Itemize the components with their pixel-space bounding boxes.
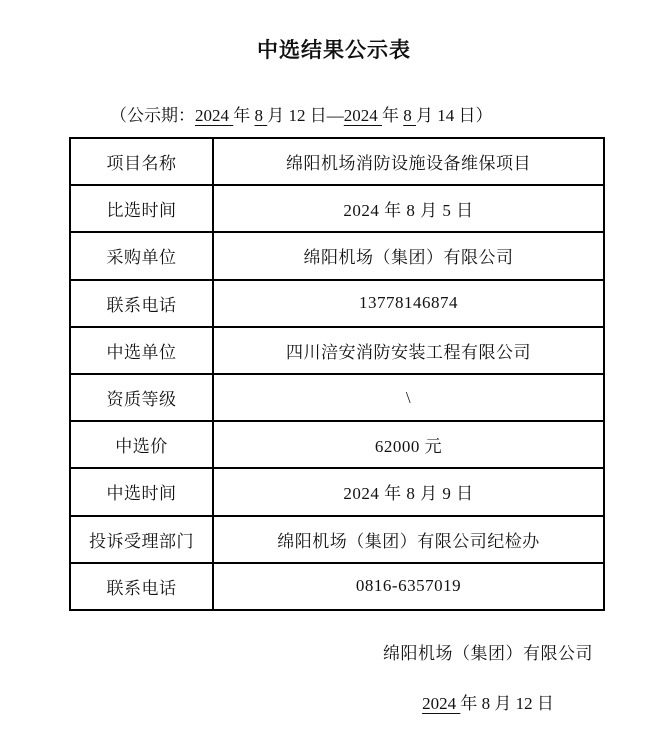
text-segment: 年	[382, 106, 403, 125]
table-row: 联系电话0816-6357019	[70, 563, 604, 610]
underlined-text-segment: 2024	[195, 106, 233, 125]
row-value: 13778146874	[213, 280, 604, 327]
text-segment: 月 12 日—	[267, 106, 344, 125]
row-label: 中选时间	[70, 468, 213, 515]
row-label: 资质等级	[70, 374, 213, 421]
row-value: 绵阳机场（集团）有限公司纪检办	[213, 516, 604, 563]
table-row: 资质等级\	[70, 374, 604, 421]
table-row: 中选时间2024 年 8 月 9 日	[70, 468, 604, 515]
text-segment: 年 8 月 12 日	[460, 694, 554, 713]
row-value: 62000 元	[213, 421, 604, 468]
document-page: 中选结果公示表 （公示期：2024 年 8 月 12 日—2024 年 8 月 …	[0, 0, 668, 747]
row-value: \	[213, 374, 604, 421]
text-segment: （公示期：	[110, 106, 195, 125]
row-label: 项目名称	[70, 138, 213, 185]
row-label: 投诉受理部门	[70, 516, 213, 563]
row-value: 四川涪安消防安装工程有限公司	[213, 327, 604, 374]
row-value: 绵阳机场消防设施设备维保项目	[213, 138, 604, 185]
table-row: 比选时间2024 年 8 月 5 日	[70, 185, 604, 232]
underlined-text-segment: 8	[255, 106, 268, 125]
result-table-body: 项目名称绵阳机场消防设施设备维保项目比选时间2024 年 8 月 5 日采购单位…	[70, 138, 604, 610]
table-row: 采购单位绵阳机场（集团）有限公司	[70, 232, 604, 279]
row-label: 联系电话	[70, 563, 213, 610]
row-label: 比选时间	[70, 185, 213, 232]
underlined-text-segment: 8	[403, 106, 416, 125]
row-label: 中选价	[70, 421, 213, 468]
page-title: 中选结果公示表	[0, 34, 668, 64]
text-segment: 月 14 日）	[416, 106, 493, 125]
row-label: 联系电话	[70, 280, 213, 327]
row-label: 中选单位	[70, 327, 213, 374]
table-row: 中选单位四川涪安消防安装工程有限公司	[70, 327, 604, 374]
signature-block: 绵阳机场（集团）有限公司 2024 年 8 月 12 日	[383, 643, 593, 715]
row-value: 2024 年 8 月 9 日	[213, 468, 604, 515]
issuer-name: 绵阳机场（集团）有限公司	[383, 643, 593, 665]
table-row: 投诉受理部门绵阳机场（集团）有限公司纪检办	[70, 516, 604, 563]
row-value: 绵阳机场（集团）有限公司	[213, 232, 604, 279]
underlined-text-segment: 2024	[344, 106, 382, 125]
row-value: 2024 年 8 月 5 日	[213, 185, 604, 232]
text-segment: 年	[233, 106, 254, 125]
table-row: 联系电话13778146874	[70, 280, 604, 327]
result-table: 项目名称绵阳机场消防设施设备维保项目比选时间2024 年 8 月 5 日采购单位…	[69, 137, 605, 611]
table-row: 项目名称绵阳机场消防设施设备维保项目	[70, 138, 604, 185]
row-value: 0816-6357019	[213, 563, 604, 610]
notice-period-line: （公示期：2024 年 8 月 12 日—2024 年 8 月 14 日）	[110, 103, 493, 129]
issue-date: 2024 年 8 月 12 日	[383, 693, 593, 715]
underlined-text-segment: 2024	[422, 694, 460, 713]
row-label: 采购单位	[70, 232, 213, 279]
table-row: 中选价62000 元	[70, 421, 604, 468]
